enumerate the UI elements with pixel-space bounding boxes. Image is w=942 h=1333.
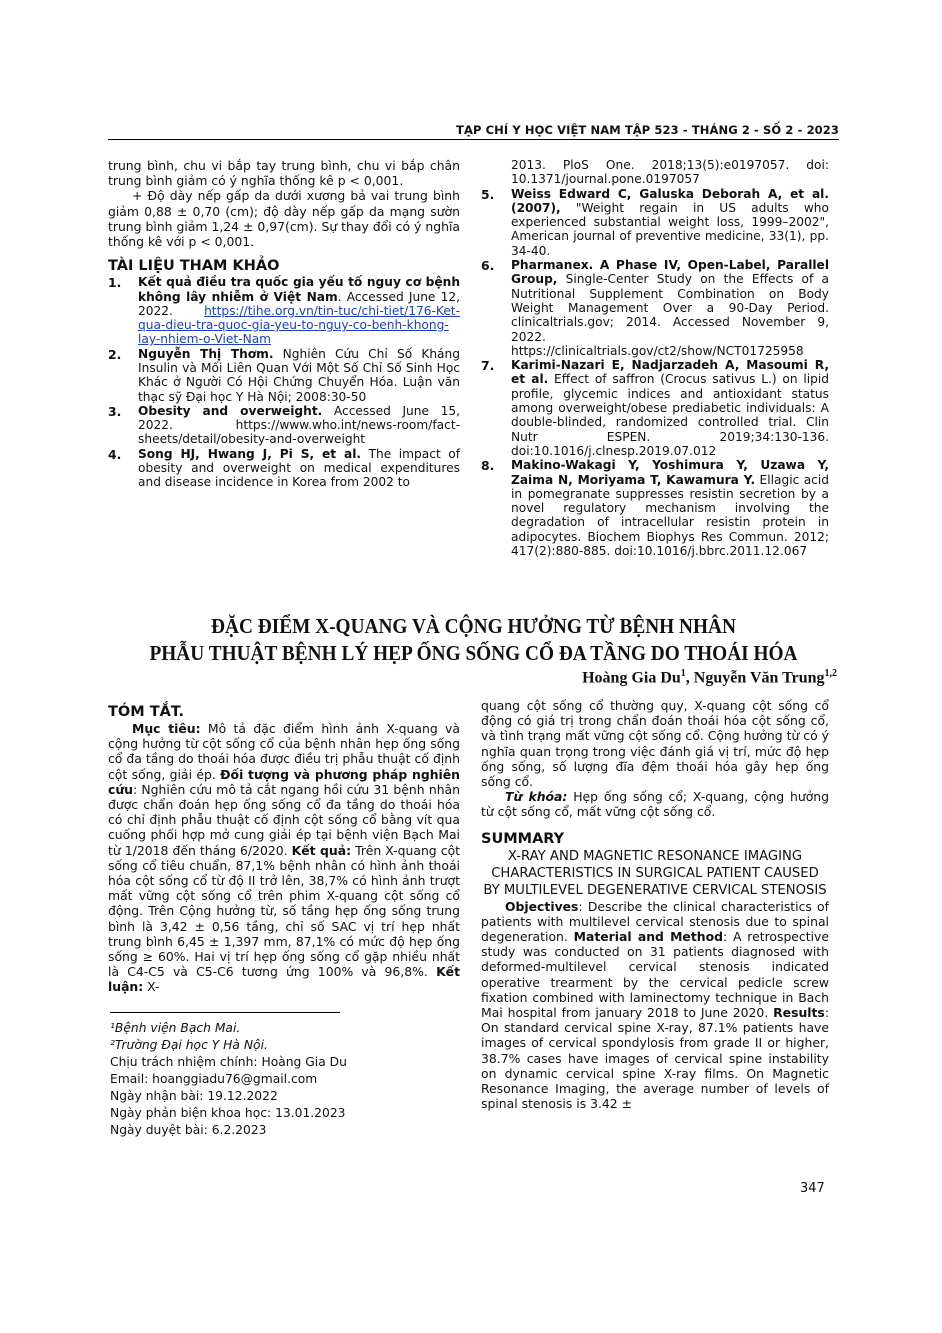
reference-item: 7. Karimi-Nazari E, Nadjarzadeh A, Masou…	[481, 358, 829, 458]
reference-item: 2. Nguyễn Thị Thơm. Nghiên Cứu Chỉ Số Kh…	[108, 347, 460, 404]
page-number: 347	[800, 1181, 825, 1196]
reference-item-continued: 2013. PloS One. 2018;13(5):e0197057. doi…	[481, 158, 829, 187]
summary-title: X-RAY AND MAGNETIC RESONANCE IMAGING CHA…	[481, 848, 829, 899]
journal-header: TẠP CHÍ Y HỌC VIỆT NAM TẬP 523 - THÁNG 2…	[108, 123, 839, 140]
summary-text: Objectives: Describe the clinical charac…	[481, 899, 829, 1112]
prev-article-left-column: trung bình, chu vi bắp tay trung bình, c…	[108, 158, 460, 490]
article-title: ĐẶC ĐIỂM X-QUANG VÀ CỘNG HƯỞNG TỪ BỆNH N…	[137, 613, 810, 667]
references-heading: TÀI LIỆU THAM KHẢO	[108, 257, 460, 275]
abstract-text: Mục tiêu: Mô tả đặc điểm hình ảnh X-quan…	[108, 721, 460, 995]
reference-item: 4. Song HJ, Hwang J, Pi S, et al. The im…	[108, 447, 460, 490]
reference-item: 6. Pharmanex. A Phase IV, Open-Label, Pa…	[481, 258, 829, 358]
reference-item: 8. Makino-Wakagi Y, Yoshimura Y, Uzawa Y…	[481, 458, 829, 558]
abstract-left-column: TÓM TẮT. Mục tiêu: Mô tả đặc điểm hình ả…	[108, 703, 460, 995]
abstract-right-column: quang cột sống cổ thường quy, X-quang cộ…	[481, 698, 829, 1111]
authors: Hoàng Gia Du1, Nguyễn Văn Trung1,2	[582, 668, 837, 687]
reference-item: 5. Weiss Edward C, Galuska Deborah A, et…	[481, 187, 829, 258]
email: Email: hoanggiadu76@gmail.com	[110, 1071, 450, 1088]
prev-article-right-column: 2013. PloS One. 2018;13(5):e0197057. doi…	[481, 158, 829, 558]
keywords: Từ khóa: Hẹp ống sống cổ; X-quang, cộng …	[481, 789, 829, 819]
reference-item: 1. Kết quả điều tra quốc gia yếu tố nguy…	[108, 275, 460, 346]
reference-item: 3. Obesity and overweight. Accessed June…	[108, 404, 460, 447]
footnote-divider	[110, 1012, 340, 1013]
abstract-heading: TÓM TẮT.	[108, 703, 460, 721]
footnotes: ¹Bệnh viện Bạch Mai. ²Trường Đại học Y H…	[110, 1020, 450, 1139]
continuation-text: trung bình, chu vi bắp tay trung bình, c…	[108, 158, 460, 188]
abstract-conclusion: quang cột sống cổ thường quy, X-quang cộ…	[481, 698, 829, 789]
summary-heading: SUMMARY	[481, 830, 829, 848]
bullet-text: + Độ dày nếp gấp da dưới xương bả vai tr…	[108, 188, 460, 249]
